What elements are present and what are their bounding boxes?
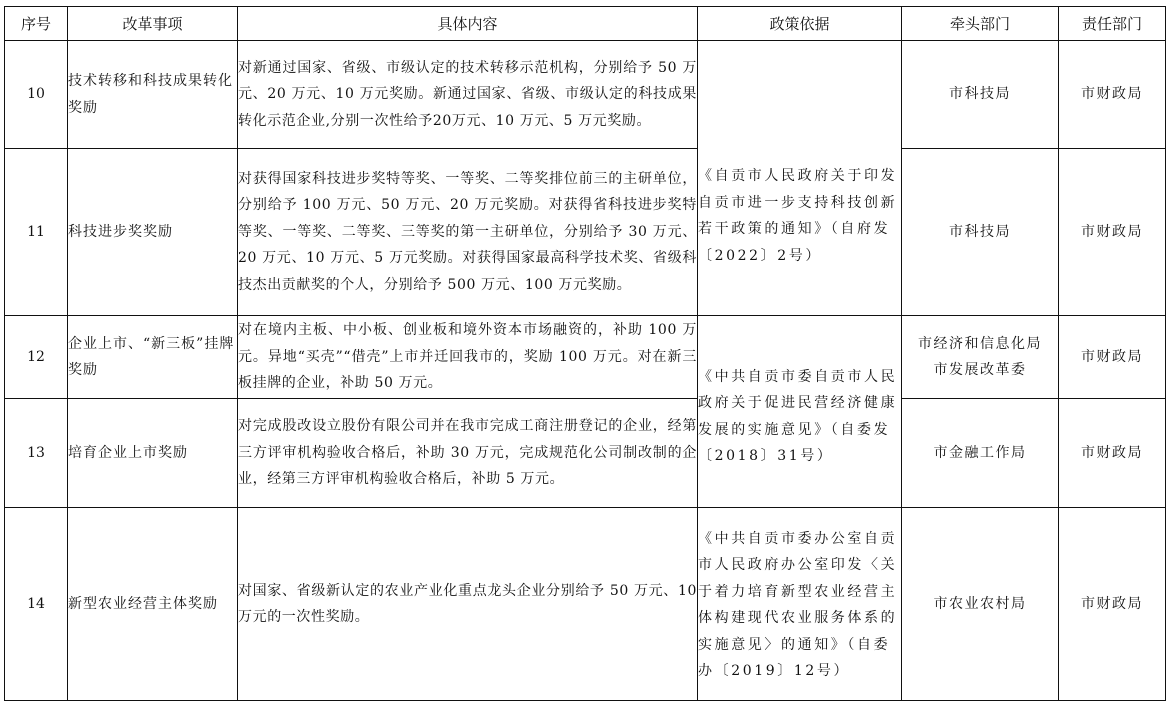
lead-dept-cell: 市经济和信息化局 市发展改革委 bbox=[902, 316, 1059, 399]
basis-text: 《中共自贡市委办公室自贡市人民政府办公室印发〈关于着力培育新型农业经营主体构建现… bbox=[698, 526, 901, 685]
content-cell: 对在境内主板、中小板、创业板和境外资本市场融资的，补助 100 万元。异地“买壳… bbox=[238, 316, 698, 399]
content-cell: 对完成股改设立股份有限公司并在我市完成工商注册登记的企业，经第三方评审机构验收合… bbox=[238, 399, 698, 508]
table-row: 10 技术转移和科技成果转化奖励 对新通过国家、省级、市级认定的技术转移示范机构… bbox=[5, 41, 1166, 149]
seq-cell: 11 bbox=[5, 149, 68, 316]
responsible-dept-cell: 市财政局 bbox=[1059, 316, 1166, 399]
header-content: 具体内容 bbox=[238, 7, 698, 41]
item-cell: 企业上市、“新三板”挂牌奖励 bbox=[68, 316, 238, 399]
item-cell: 科技进步奖奖励 bbox=[68, 149, 238, 316]
lead-dept-line: 市发展改革委 bbox=[902, 357, 1058, 384]
lead-dept-cell: 市金融工作局 bbox=[902, 399, 1059, 508]
item-cell: 新型农业经营主体奖励 bbox=[68, 508, 238, 701]
content-cell: 对获得国家科技进步奖特等奖、一等奖、二等奖排位前三的主研单位，分别给予 100 … bbox=[238, 149, 698, 316]
header-responsible-dept: 责任部门 bbox=[1059, 7, 1166, 41]
basis-cell: 《中共自贡市委自贡市人民政府关于促进民营经济健康发展的实施意见》（自委发〔201… bbox=[698, 316, 902, 508]
seq-cell: 14 bbox=[5, 508, 68, 701]
lead-dept-cell: 市农业农村局 bbox=[902, 508, 1059, 701]
seq-cell: 10 bbox=[5, 41, 68, 149]
header-item: 改革事项 bbox=[68, 7, 238, 41]
basis-text: 《自贡市人民政府关于印发自贡市进一步支持科技创新若干政策的通知》（自府发〔202… bbox=[698, 163, 901, 269]
header-lead-dept: 牵头部门 bbox=[902, 7, 1059, 41]
basis-cell: 《自贡市人民政府关于印发自贡市进一步支持科技创新若干政策的通知》（自府发〔202… bbox=[698, 41, 902, 316]
responsible-dept-cell: 市财政局 bbox=[1059, 149, 1166, 316]
table-row: 12 企业上市、“新三板”挂牌奖励 对在境内主板、中小板、创业板和境外资本市场融… bbox=[5, 316, 1166, 399]
table-row: 11 科技进步奖奖励 对获得国家科技进步奖特等奖、一等奖、二等奖排位前三的主研单… bbox=[5, 149, 1166, 316]
item-cell: 技术转移和科技成果转化奖励 bbox=[68, 41, 238, 149]
table-row: 13 培育企业上市奖励 对完成股改设立股份有限公司并在我市完成工商注册登记的企业… bbox=[5, 399, 1166, 508]
lead-dept-cell: 市科技局 bbox=[902, 41, 1059, 149]
table-row: 14 新型农业经营主体奖励 对国家、省级新认定的农业产业化重点龙头企业分别给予 … bbox=[5, 508, 1166, 701]
responsible-dept-cell: 市财政局 bbox=[1059, 508, 1166, 701]
basis-text: 《中共自贡市委自贡市人民政府关于促进民营经济健康发展的实施意见》（自委发〔201… bbox=[698, 364, 901, 470]
basis-cell: 《中共自贡市委办公室自贡市人民政府办公室印发〈关于着力培育新型农业经营主体构建现… bbox=[698, 508, 902, 701]
responsible-dept-cell: 市财政局 bbox=[1059, 41, 1166, 149]
seq-cell: 13 bbox=[5, 399, 68, 508]
lead-dept-cell: 市科技局 bbox=[902, 149, 1059, 316]
header-seq: 序号 bbox=[5, 7, 68, 41]
header-basis: 政策依据 bbox=[698, 7, 902, 41]
content-cell: 对新通过国家、省级、市级认定的技术转移示范机构，分别给予 50 万元、20 万元… bbox=[238, 41, 698, 149]
seq-cell: 12 bbox=[5, 316, 68, 399]
item-cell: 培育企业上市奖励 bbox=[68, 399, 238, 508]
content-cell: 对国家、省级新认定的农业产业化重点龙头企业分别给予 50 万元、10 万元的一次… bbox=[238, 508, 698, 701]
policy-table: 序号 改革事项 具体内容 政策依据 牵头部门 责任部门 10 技术转移和科技成果… bbox=[4, 6, 1166, 701]
header-row: 序号 改革事项 具体内容 政策依据 牵头部门 责任部门 bbox=[5, 7, 1166, 41]
responsible-dept-cell: 市财政局 bbox=[1059, 399, 1166, 508]
lead-dept-line: 市经济和信息化局 bbox=[902, 331, 1058, 358]
